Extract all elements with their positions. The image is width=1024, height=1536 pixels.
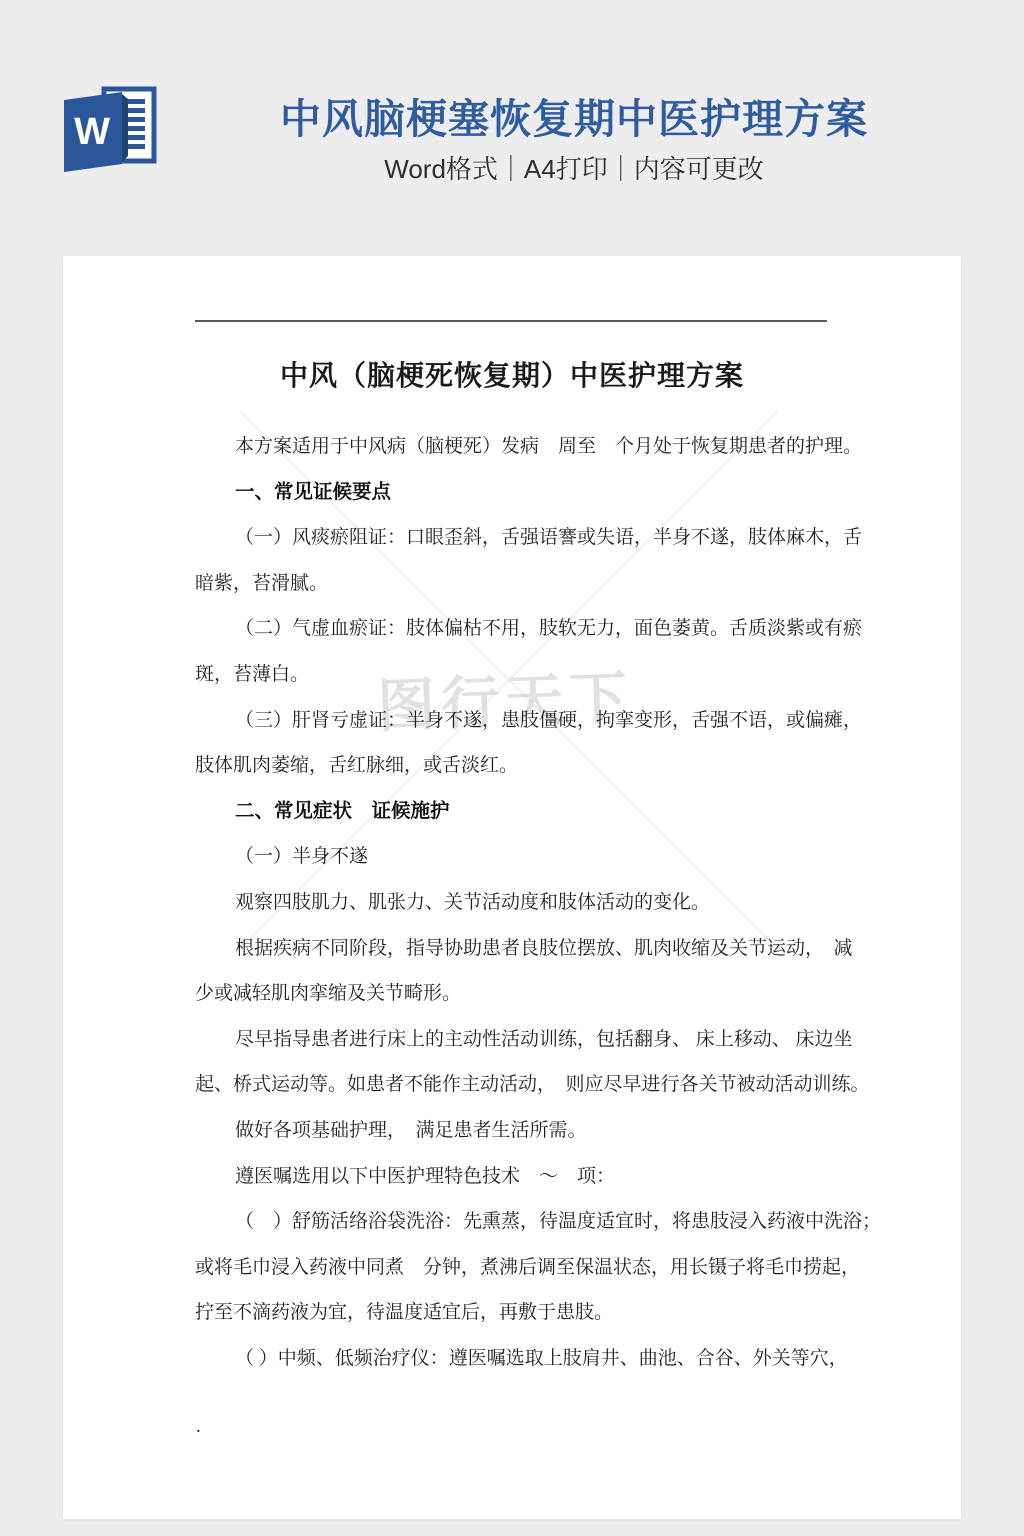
- document-line: 拧至不滴药液为宜，待温度适宜后，再敷于患肢。: [195, 1290, 905, 1336]
- document-line: 遵医嘱选用以下中医护理特色技术 ～ 项：: [195, 1154, 905, 1200]
- word-icon-letter: W: [74, 111, 110, 153]
- document-line: （ ）舒筋活络浴袋洗浴：先熏蒸，待温度适宜时，将患肢浸入药液中洗浴；: [195, 1199, 905, 1245]
- document-line: （三）肝肾亏虚证：半身不遂，患肢僵硬，拘挛变形，舌强不语，或偏瘫，: [195, 698, 905, 744]
- document-line: 尽早指导患者进行床上的主动性活动训练，包括翻身、 床上移动、 床边坐: [195, 1017, 905, 1063]
- document-line: （一）风痰瘀阻证：口眼歪斜，舌强语謇或失语，半身不遂，肢体麻木，舌: [195, 515, 905, 561]
- document-line: 暗紫，苔滑腻。: [195, 561, 905, 607]
- document-line: 起、桥式运动等。如患者不能作主动活动， 则应尽早进行各关节被动活动训练。: [195, 1062, 905, 1108]
- document-line: 观察四肢肌力、肌张力、关节活动度和肢体活动的变化。: [195, 880, 905, 926]
- document-page: 图行天下 中风（脑梗死恢复期）中医护理方案 本方案适用于中风病（脑梗死）发病 周…: [63, 256, 961, 1519]
- document-line: 根据疾病不同阶段，指导协助患者良肢位摆放、肌肉收缩及关节运动， 减: [195, 926, 905, 972]
- horizontal-rule: [195, 320, 827, 322]
- site-header: W 中风脑梗塞恢复期中医护理方案 Word格式｜A4打印｜内容可更改: [0, 0, 1024, 255]
- document-line: 二、常见症状 证候施护: [195, 789, 905, 835]
- document-line: （一）半身不遂: [195, 834, 905, 880]
- trailing-period: .: [196, 1416, 201, 1438]
- document-line: 或将毛巾浸入药液中同煮 分钟，煮沸后调至保温状态，用长镊子将毛巾捞起，: [195, 1245, 905, 1291]
- document-line: 一、常见证候要点: [195, 470, 905, 516]
- document-line: 本方案适用于中风病（脑梗死）发病 周至 个月处于恢复期患者的护理。: [195, 424, 905, 470]
- page-title: 中风脑梗塞恢复期中医护理方案: [124, 96, 1024, 142]
- document-line: 少或减轻肌肉挛缩及关节畸形。: [195, 971, 905, 1017]
- document-line: 肢体肌肉萎缩，舌红脉细，或舌淡红。: [195, 743, 905, 789]
- document-title: 中风（脑梗死恢复期）中医护理方案: [63, 354, 961, 394]
- document-line: 做好各项基础护理， 满足患者生活所需。: [195, 1108, 905, 1154]
- document-line: （二）气虚血瘀证：肢体偏枯不用，肢软无力，面色萎黄。舌质淡紫或有瘀: [195, 606, 905, 652]
- document-line: （ ）中频、低频治疗仪：遵医嘱选取上肢肩井、曲池、合谷、外关等穴，: [195, 1336, 905, 1382]
- page-subtitle: Word格式｜A4打印｜内容可更改: [124, 154, 1024, 184]
- document-lines: 本方案适用于中风病（脑梗死）发病 周至 个月处于恢复期患者的护理。一、常见证候要…: [195, 424, 905, 1381]
- document-line: 斑，苔薄白。: [195, 652, 905, 698]
